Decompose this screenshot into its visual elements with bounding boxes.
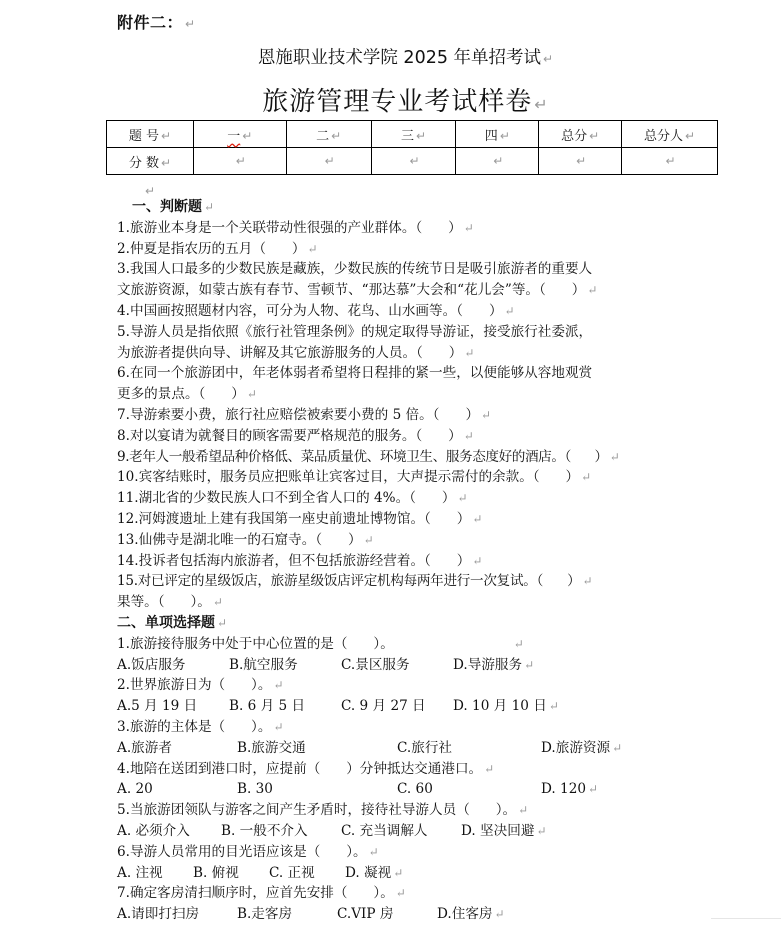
- tf-question-6-line-2: 更多的景点。（ ）↵: [117, 384, 757, 405]
- tf-question-15: 15.对已评定的星级饭店，旅游星级饭店评定机构每两年进行一次复试。（ ）↵: [117, 571, 757, 592]
- score-table-header-row: 题 号↵ 一↵ 二↵ 三↵ 四↵ 总分↵ 总分人↵: [107, 121, 718, 148]
- annex-label: 附件二：↵: [117, 10, 196, 33]
- mc-options-2: A.5 月 19 日B. 6 月 5 日C. 9 月 27 日D. 10 月 1…: [117, 696, 757, 717]
- tf-question-3-line-2: 文旅游资源，如蒙古族有春节、雪顿节、“那达慕”大会和“花儿会”等。（ ）↵: [117, 280, 757, 301]
- tf-question-9: 9.老年人一般希望品种价格低、菜品质量优、环境卫生、服务态度好的酒店。（ ）↵: [117, 447, 757, 468]
- tf-question-7: 7.导游索要小费，旅行社应赔偿被索要小费的 5 倍。（ ）↵: [117, 405, 757, 426]
- cell-score-label: 分 数↵: [107, 148, 194, 175]
- score-table-score-row: 分 数↵ ↵ ↵ ↵ ↵ ↵ ↵: [107, 148, 718, 175]
- tf-question-5-line-2: 为旅游者提供向导、讲解及其它旅游服务的人员。（ ）↵: [117, 343, 757, 364]
- section-heading-single-choice: 二、单项选择题↵: [117, 613, 757, 634]
- cell-grader: 总分人↵: [622, 121, 718, 148]
- mc-question-5: 5.当旅游团领队与游客之间产生矛盾时，接待社导游人员（ ）。↵: [117, 800, 757, 821]
- mc-options-5: A. 必须介入B. 一般不介入C. 充当调解人D. 坚决回避↵: [117, 821, 757, 842]
- mc-options-4: A. 20B. 30C. 60D. 120↵: [117, 779, 757, 800]
- tf-question-3-line-1: 3.我国人口最多的少数民族是藏族，少数民族的传统节日是吸引旅游者的重要人: [117, 259, 757, 280]
- cell-part-1: 一↵: [193, 121, 286, 148]
- score-table: 题 号↵ 一↵ 二↵ 三↵ 四↵ 总分↵ 总分人↵ 分 数↵ ↵ ↵ ↵ ↵ ↵…: [106, 120, 718, 175]
- mc-options-1: A.饭店服务B.航空服务C.景区服务D.导游服务↵: [117, 655, 757, 676]
- tf-question-2: 2.仲夏是指农历的五月（ ）↵: [117, 239, 757, 260]
- page-corner-mark: [711, 918, 781, 925]
- cell-part-2: 二↵: [286, 121, 371, 148]
- cell-part-3: 三↵: [371, 121, 456, 148]
- tf-question-14: 14.投诉者包括海内旅游者，但不包括旅游经营着。（ ）↵: [117, 551, 757, 572]
- tf-question-5-line-1: 5.导游人员是指依照《旅行社管理条例》的规定取得导游证，接受旅行社委派，: [117, 322, 757, 343]
- tf-question-10: 10.宾客结账时，服务员应把账单让宾客过目，大声提示需付的余款。（ ）↵: [117, 467, 757, 488]
- cell-score-4[interactable]: ↵: [456, 148, 539, 175]
- tf-question-13: 13.仙佛寺是湖北唯一的石窟寺。（ ）↵: [117, 530, 757, 551]
- mc-options-6: A. 注视B. 俯视C. 正视D. 凝视↵: [117, 863, 757, 884]
- tf-question-1: 1.旅游业本身是一个关联带动性很强的产业群体。（ ）↵: [117, 218, 757, 239]
- cell-score-1[interactable]: ↵: [193, 148, 286, 175]
- tf-question-15-continuation: 果等。（ ）。↵: [117, 592, 757, 613]
- cell-score-2[interactable]: ↵: [286, 148, 371, 175]
- tf-question-11: 11.湖北省的少数民族人口不到全省人口的 4%。（ ）↵: [117, 488, 757, 509]
- cell-score-total[interactable]: ↵: [539, 148, 622, 175]
- exam-body: 一、判断题↵ 1.旅游业本身是一个关联带动性很强的产业群体。（ ）↵ 2.仲夏是…: [117, 197, 757, 925]
- tf-question-4: 4.中国画按照题材内容，可分为人物、花鸟、山水画等。（ ）↵: [117, 301, 757, 322]
- mc-question-6: 6.导游人员常用的目光语应该是（ ）。↵: [117, 842, 757, 863]
- section-heading-true-false: 一、判断题↵: [117, 197, 757, 218]
- mc-question-7: 7.确定客房清扫顺序时，应首先安排（ ）。↵: [117, 883, 757, 904]
- cell-score-3[interactable]: ↵: [371, 148, 456, 175]
- mc-question-1: 1.旅游接待服务中处于中心位置的是（ ）。↵: [117, 634, 757, 655]
- mc-question-3: 3.旅游的主体是（ ）。↵: [117, 717, 757, 738]
- mc-question-2: 2.世界旅游日为（ ）。↵: [117, 675, 757, 696]
- cell-part-4: 四↵: [456, 121, 539, 148]
- exam-title: 旅游管理专业考试样卷↵: [0, 81, 781, 118]
- cell-question-number-label: 题 号↵: [107, 121, 194, 148]
- exam-subtitle: 恩施职业技术学院 2025 年单招考试↵: [0, 44, 781, 69]
- mc-options-3: A.旅游者B.旅游交通C.旅行社D.旅游资源↵: [117, 738, 757, 759]
- tf-question-12: 12.河姆渡遗址上建有我国第一座史前遗址博物馆。（ ）↵: [117, 509, 757, 530]
- tf-question-6-line-1: 6.在同一个旅游团中，年老体弱者希望将日程排的紧一些，以便能够从容地观赏: [117, 363, 757, 384]
- mc-options-7: A.请即打扫房B.走客房C.VIP 房D.住客房↵: [117, 904, 757, 925]
- cell-total-score: 总分↵: [539, 121, 622, 148]
- tf-question-8: 8.对以宴请为就餐目的顾客需要严格规范的服务。（ ）↵: [117, 426, 757, 447]
- cell-score-grader[interactable]: ↵: [622, 148, 718, 175]
- mc-question-4: 4.地陪在送团到港口时，应提前（ ）分钟抵达交通港口。↵: [117, 759, 757, 780]
